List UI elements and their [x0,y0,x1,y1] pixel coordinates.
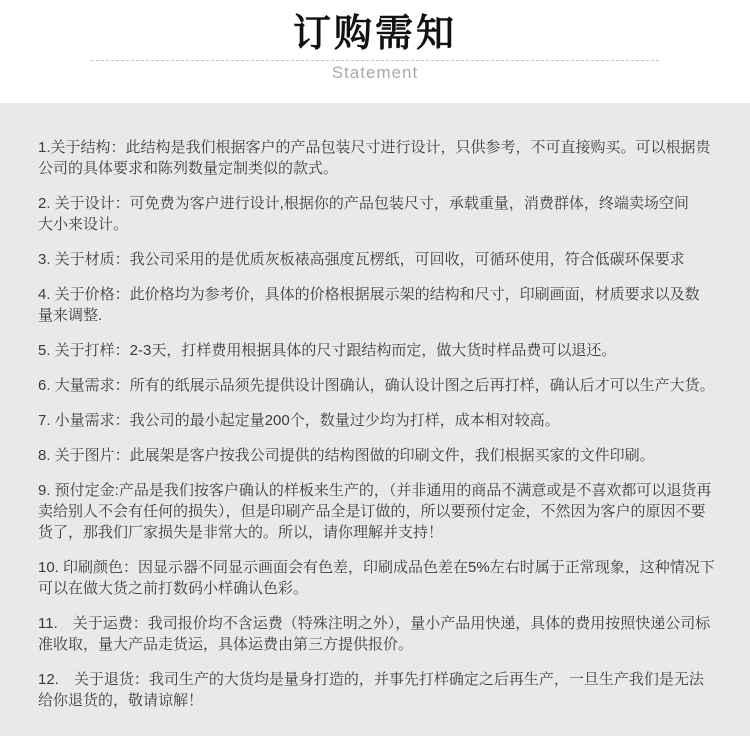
notice-item-returns: 12. 关于退货：我司生产的大货均是量身打造的，并事先打样确定之后再生产，一旦生… [38,669,718,711]
notice-item-structure: 1.关于结构：此结构是我们根据客户的产品包装尺寸进行设计，只供参考，不可直接购买… [38,137,718,179]
notice-item-shipping: 11. 关于运费：我司报价均不含运费（特殊注明之外），量小产品用快递，具体的费用… [38,613,718,655]
notice-item-price: 4. 关于价格：此价格均为参考价，具体的价格根据展示架的结构和尺寸，印刷画面，材… [38,284,718,326]
dashed-divider [91,60,659,61]
notice-item-small-demand: 7. 小量需求：我公司的最小起定量200个，数量过少均为打样，成本相对较高。 [38,410,718,431]
notice-item-bulk-demand: 6. 大量需求：所有的纸展示品须先提供设计图确认，确认设计图之后再打样，确认后才… [38,375,718,396]
header: 订购需知 Statement [0,8,750,83]
notice-item-image: 8. 关于图片：此展架是客户按我公司提供的结构图做的印刷文件，我们根据买家的文件… [38,445,718,466]
page-subtitle: Statement [0,63,750,83]
notice-panel: 1.关于结构：此结构是我们根据客户的产品包装尺寸进行设计，只供参考，不可直接购买… [0,103,750,736]
notice-item-print-color: 10. 印刷颜色：因显示器不同显示画面会有色差，印刷成品色差在5%左右时属于正常… [38,557,718,599]
page-title: 订购需知 [0,8,750,60]
notice-item-deposit: 9. 预付定金:产品是我们按客户确认的样板来生产的，（并非通用的商品不满意或是不… [38,480,718,543]
notice-item-material: 3. 关于材质：我公司采用的是优质灰板裱高强度瓦楞纸，可回收，可循环使用，符合低… [38,249,718,270]
notice-item-design: 2. 关于设计：可免费为客户进行设计,根据你的产品包装尺寸，承载重量，消费群体，… [38,193,718,235]
statement-page: 订购需知 Statement 1.关于结构：此结构是我们根据客户的产品包装尺寸进… [0,0,750,744]
notice-item-sampling: 5. 关于打样：2-3天，打样费用根据具体的尺寸跟结构而定，做大货时样品费可以退… [38,340,718,361]
